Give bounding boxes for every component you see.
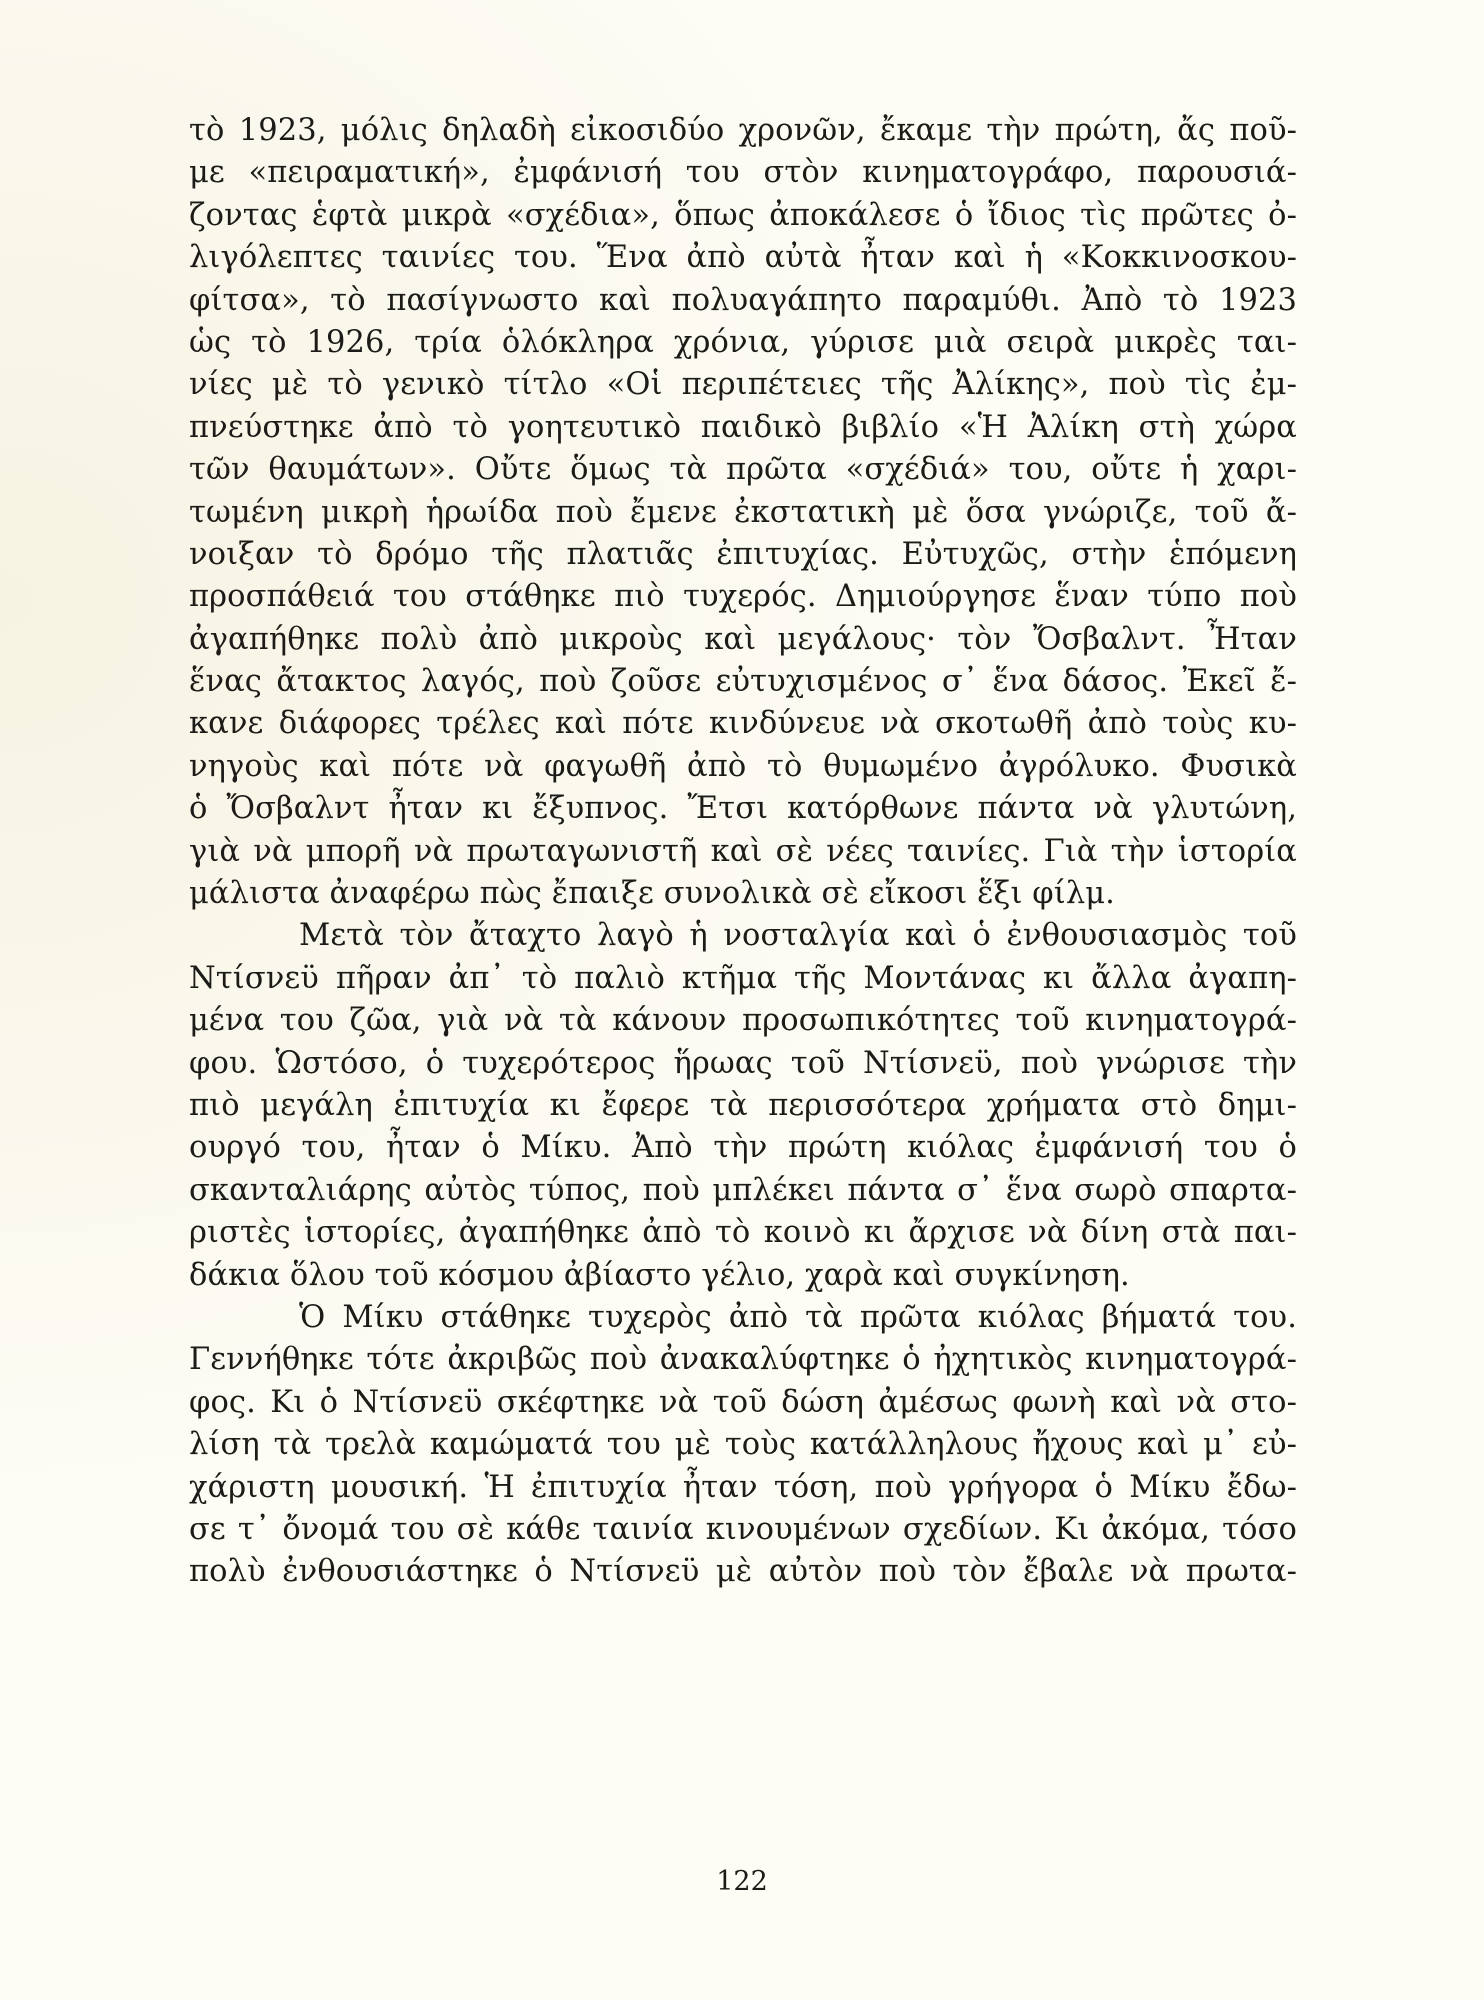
text-line: πνεύστηκε ἀπὸ τὸ γοητευτικὸ παιδικὸ βιβλ… — [189, 407, 1297, 449]
text-line: σκανταλιάρης αὐτὸς τύπος, ποὺ μπλέκει πά… — [189, 1170, 1297, 1212]
text-line: ριστὲς ἱστορίες, ἀγαπήθηκε ἀπὸ τὸ κοινὸ … — [189, 1212, 1297, 1254]
text-line: τῶν θαυμάτων». Οὔτε ὅμως τὰ πρῶτα «σχέδι… — [189, 449, 1297, 491]
page-body: τὸ 1923, μόλις δηλαδὴ εἰκοσιδύο χρονῶν, … — [189, 110, 1297, 1594]
text-line: φίτσα», τὸ πασίγνωστο καὶ πολυαγάπητο πα… — [189, 280, 1297, 322]
text-line: τὸ 1923, μόλις δηλαδὴ εἰκοσιδύο χρονῶν, … — [189, 110, 1297, 152]
text-line: Γεννήθηκε τότε ἀκριβῶς ποὺ ἀνακαλύφτηκε … — [189, 1339, 1297, 1381]
text-line: μάλιστα ἀναφέρω πὼς ἔπαιξε συνολικὰ σὲ ε… — [189, 873, 1297, 915]
text-line: λίση τὰ τρελὰ καμώματά του μὲ τοὺς κατάλ… — [189, 1424, 1297, 1466]
paragraph-2: Μετὰ τὸν ἄταχτο λαγὸ ἡ νοσταλγία καὶ ὁ ἐ… — [189, 915, 1297, 1297]
page-number: 122 — [0, 1866, 1484, 1897]
text-line: γιὰ νὰ μπορῆ νὰ πρωταγωνιστῆ καὶ σὲ νέες… — [189, 831, 1297, 873]
text-line: προσπάθειά του στάθηκε πιὸ τυχερός. Δημι… — [189, 576, 1297, 618]
text-line: τωμένη μικρὴ ἡρωίδα ποὺ ἔμενε ἐκστατικὴ … — [189, 492, 1297, 534]
text-line: Ὁ Μίκυ στάθηκε τυχερὸς ἀπὸ τὰ πρῶτα κιόλ… — [189, 1297, 1297, 1339]
text-line: πολὺ ἐνθουσιάστηκε ὁ Ντίσνεϋ μὲ αὐτὸν πο… — [189, 1551, 1297, 1593]
text-line: πιὸ μεγάλη ἐπιτυχία κι ἔφερε τὰ περισσότ… — [189, 1085, 1297, 1127]
text-line: ὁ Ὄσβαλντ ἦταν κι ἔξυπνος. Ἔτσι κατόρθων… — [189, 788, 1297, 830]
text-line: ἕνας ἄτακτος λαγός, ποὺ ζοῦσε εὐτυχισμέν… — [189, 661, 1297, 703]
paragraph-1: τὸ 1923, μόλις δηλαδὴ εἰκοσιδύο χρονῶν, … — [189, 110, 1297, 915]
text-line: ζοντας ἑφτὰ μικρὰ «σχέδια», ὅπως ἀποκάλε… — [189, 195, 1297, 237]
text-line: φου. Ὡστόσο, ὁ τυχερότερος ἥρωας τοῦ Ντί… — [189, 1043, 1297, 1085]
text-line: λιγόλεπτες ταινίες του. Ἕνα ἀπὸ αὐτὰ ἦτα… — [189, 237, 1297, 279]
text-line: νηγοὺς καὶ πότε νὰ φαγωθῆ ἀπὸ τὸ θυμωμέν… — [189, 746, 1297, 788]
text-line: φος. Κι ὁ Ντίσνεϋ σκέφτηκε νὰ τοῦ δώση ἀ… — [189, 1382, 1297, 1424]
text-line: ἀγαπήθηκε πολὺ ἀπὸ μικροὺς καὶ μεγάλους·… — [189, 619, 1297, 661]
text-line: ὡς τὸ 1926, τρία ὁλόκληρα χρόνια, γύρισε… — [189, 322, 1297, 364]
text-line: με «πειραματική», ἐμφάνισή του στὸν κινη… — [189, 152, 1297, 194]
text-line: νίες μὲ τὸ γενικὸ τίτλο «Οἱ περιπέτειες … — [189, 364, 1297, 406]
text-line: δάκια ὅλου τοῦ κόσμου ἀβίαστο γέλιο, χαρ… — [189, 1255, 1297, 1297]
paragraph-3: Ὁ Μίκυ στάθηκε τυχερὸς ἀπὸ τὰ πρῶτα κιόλ… — [189, 1297, 1297, 1594]
text-line: κανε διάφορες τρέλες καὶ πότε κινδύνευε … — [189, 703, 1297, 745]
text-line: μένα του ζῶα, γιὰ νὰ τὰ κάνουν προσωπικό… — [189, 1000, 1297, 1042]
text-line: χάριστη μουσική. Ἡ ἐπιτυχία ἦταν τόση, π… — [189, 1467, 1297, 1509]
text-line: Ντίσνεϋ πῆραν ἀπ᾽ τὸ παλιὸ κτῆμα τῆς Μον… — [189, 958, 1297, 1000]
text-line: σε τ᾽ ὄνομά του σὲ κάθε ταινία κινουμένω… — [189, 1509, 1297, 1551]
text-line: νοιξαν τὸ δρόμο τῆς πλατιᾶς ἐπιτυχίας. Ε… — [189, 534, 1297, 576]
text-line: Μετὰ τὸν ἄταχτο λαγὸ ἡ νοσταλγία καὶ ὁ ἐ… — [189, 915, 1297, 957]
text-line: ουργό του, ἦταν ὁ Μίκυ. Ἀπὸ τὴν πρώτη κι… — [189, 1127, 1297, 1169]
